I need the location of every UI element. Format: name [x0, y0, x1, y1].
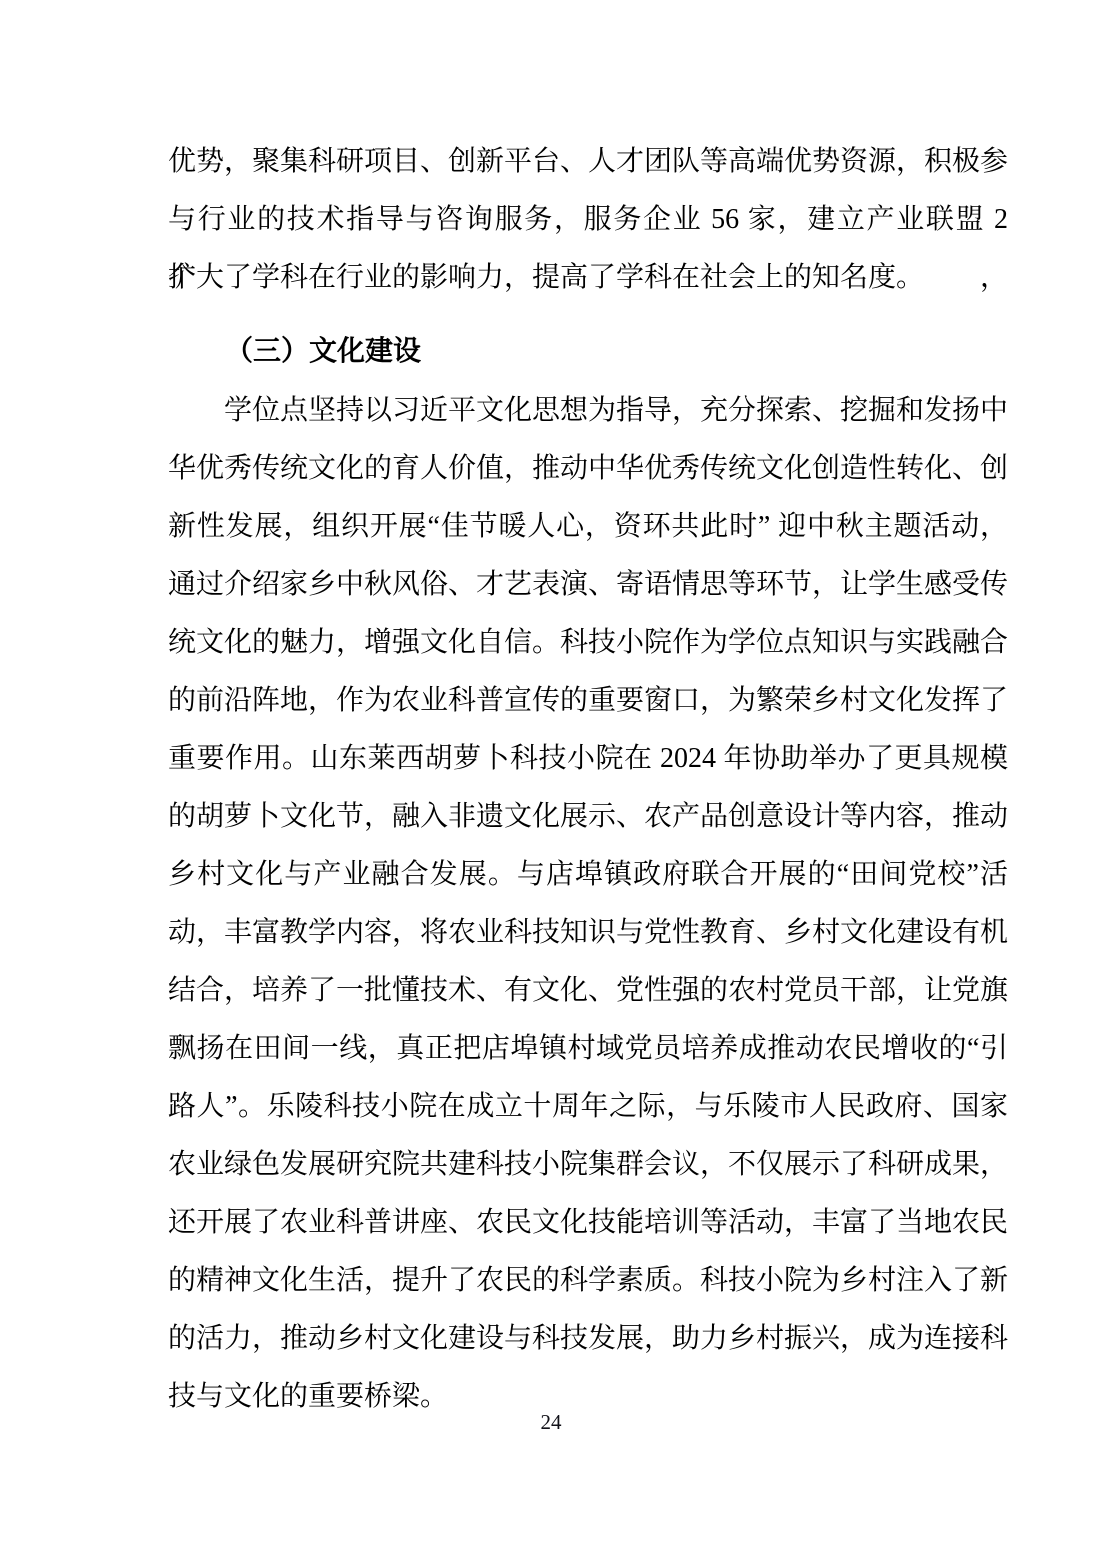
- document-page: 优势，聚集科研项目、创新平台、人才团队等高端优势资源，积极参与行业的技术指导与咨…: [0, 0, 1102, 1559]
- text-line: 还开展了农业科普讲座、农民文化技能培训等活动，丰富了当地农民: [168, 1194, 1008, 1252]
- paragraph-culture-construction: 学位点坚持以习近平文化思想为指导，充分探索、挖掘和发扬中华优秀传统文化的育人价值…: [168, 382, 1008, 1426]
- text-line: 的前沿阵地，作为农业科普宣传的重要窗口，为繁荣乡村文化发挥了: [168, 672, 1008, 730]
- text-line: 学位点坚持以习近平文化思想为指导，充分探索、挖掘和发扬中: [168, 382, 1008, 440]
- text-line: 扩大了学科在行业的影响力，提高了学科在社会上的知名度。: [168, 249, 1008, 307]
- text-line: 统文化的魅力，增强文化自信。科技小院作为学位点知识与实践融合: [168, 614, 1008, 672]
- text-line: 飘扬在田间一线，真正把店埠镇村域党员培养成推动农民增收的“引: [168, 1020, 1008, 1078]
- text-line: 的活力，推动乡村文化建设与科技发展，助力乡村振兴，成为连接科: [168, 1310, 1008, 1368]
- text-line: 农业绿色发展研究院共建科技小院集群会议，不仅展示了科研成果，: [168, 1136, 1008, 1194]
- text-line: 华优秀传统文化的育人价值，推动中华优秀传统文化创造性转化、创: [168, 440, 1008, 498]
- text-line: 通过介绍家乡中秋风俗、才艺表演、寄语情思等环节，让学生感受传: [168, 556, 1008, 614]
- text-line: 优势，聚集科研项目、创新平台、人才团队等高端优势资源，积极参: [168, 133, 1008, 191]
- text-line: 路人”。乐陵科技小院在成立十周年之际，与乐陵市人民政府、国家: [168, 1078, 1008, 1136]
- text-line: 结合，培养了一批懂技术、有文化、党性强的农村党员干部，让党旗: [168, 962, 1008, 1020]
- section-heading-culture: （三）文化建设: [168, 322, 1008, 380]
- text-line: 动，丰富教学内容，将农业科技知识与党性教育、乡村文化建设有机: [168, 904, 1008, 962]
- text-line: 重要作用。山东莱西胡萝卜科技小院在 2024 年协助举办了更具规模: [168, 730, 1008, 788]
- page-body: 优势，聚集科研项目、创新平台、人才团队等高端优势资源，积极参与行业的技术指导与咨…: [168, 133, 1008, 1426]
- page-number: 24: [0, 1409, 1102, 1435]
- text-line: 新性发展，组织开展“佳节暖人心，资环共此时” 迎中秋主题活动，: [168, 498, 1008, 556]
- text-line: 的精神文化生活，提升了农民的科学素质。科技小院为乡村注入了新: [168, 1252, 1008, 1310]
- text-line: 与行业的技术指导与咨询服务，服务企业 56 家，建立产业联盟 2 个，: [168, 191, 1008, 249]
- text-line: 的胡萝卜文化节，融入非遗文化展示、农产品创意设计等内容，推动: [168, 788, 1008, 846]
- paragraph-discipline-influence: 优势，聚集科研项目、创新平台、人才团队等高端优势资源，积极参与行业的技术指导与咨…: [168, 133, 1008, 307]
- text-line: 乡村文化与产业融合发展。与店埠镇政府联合开展的“田间党校”活: [168, 846, 1008, 904]
